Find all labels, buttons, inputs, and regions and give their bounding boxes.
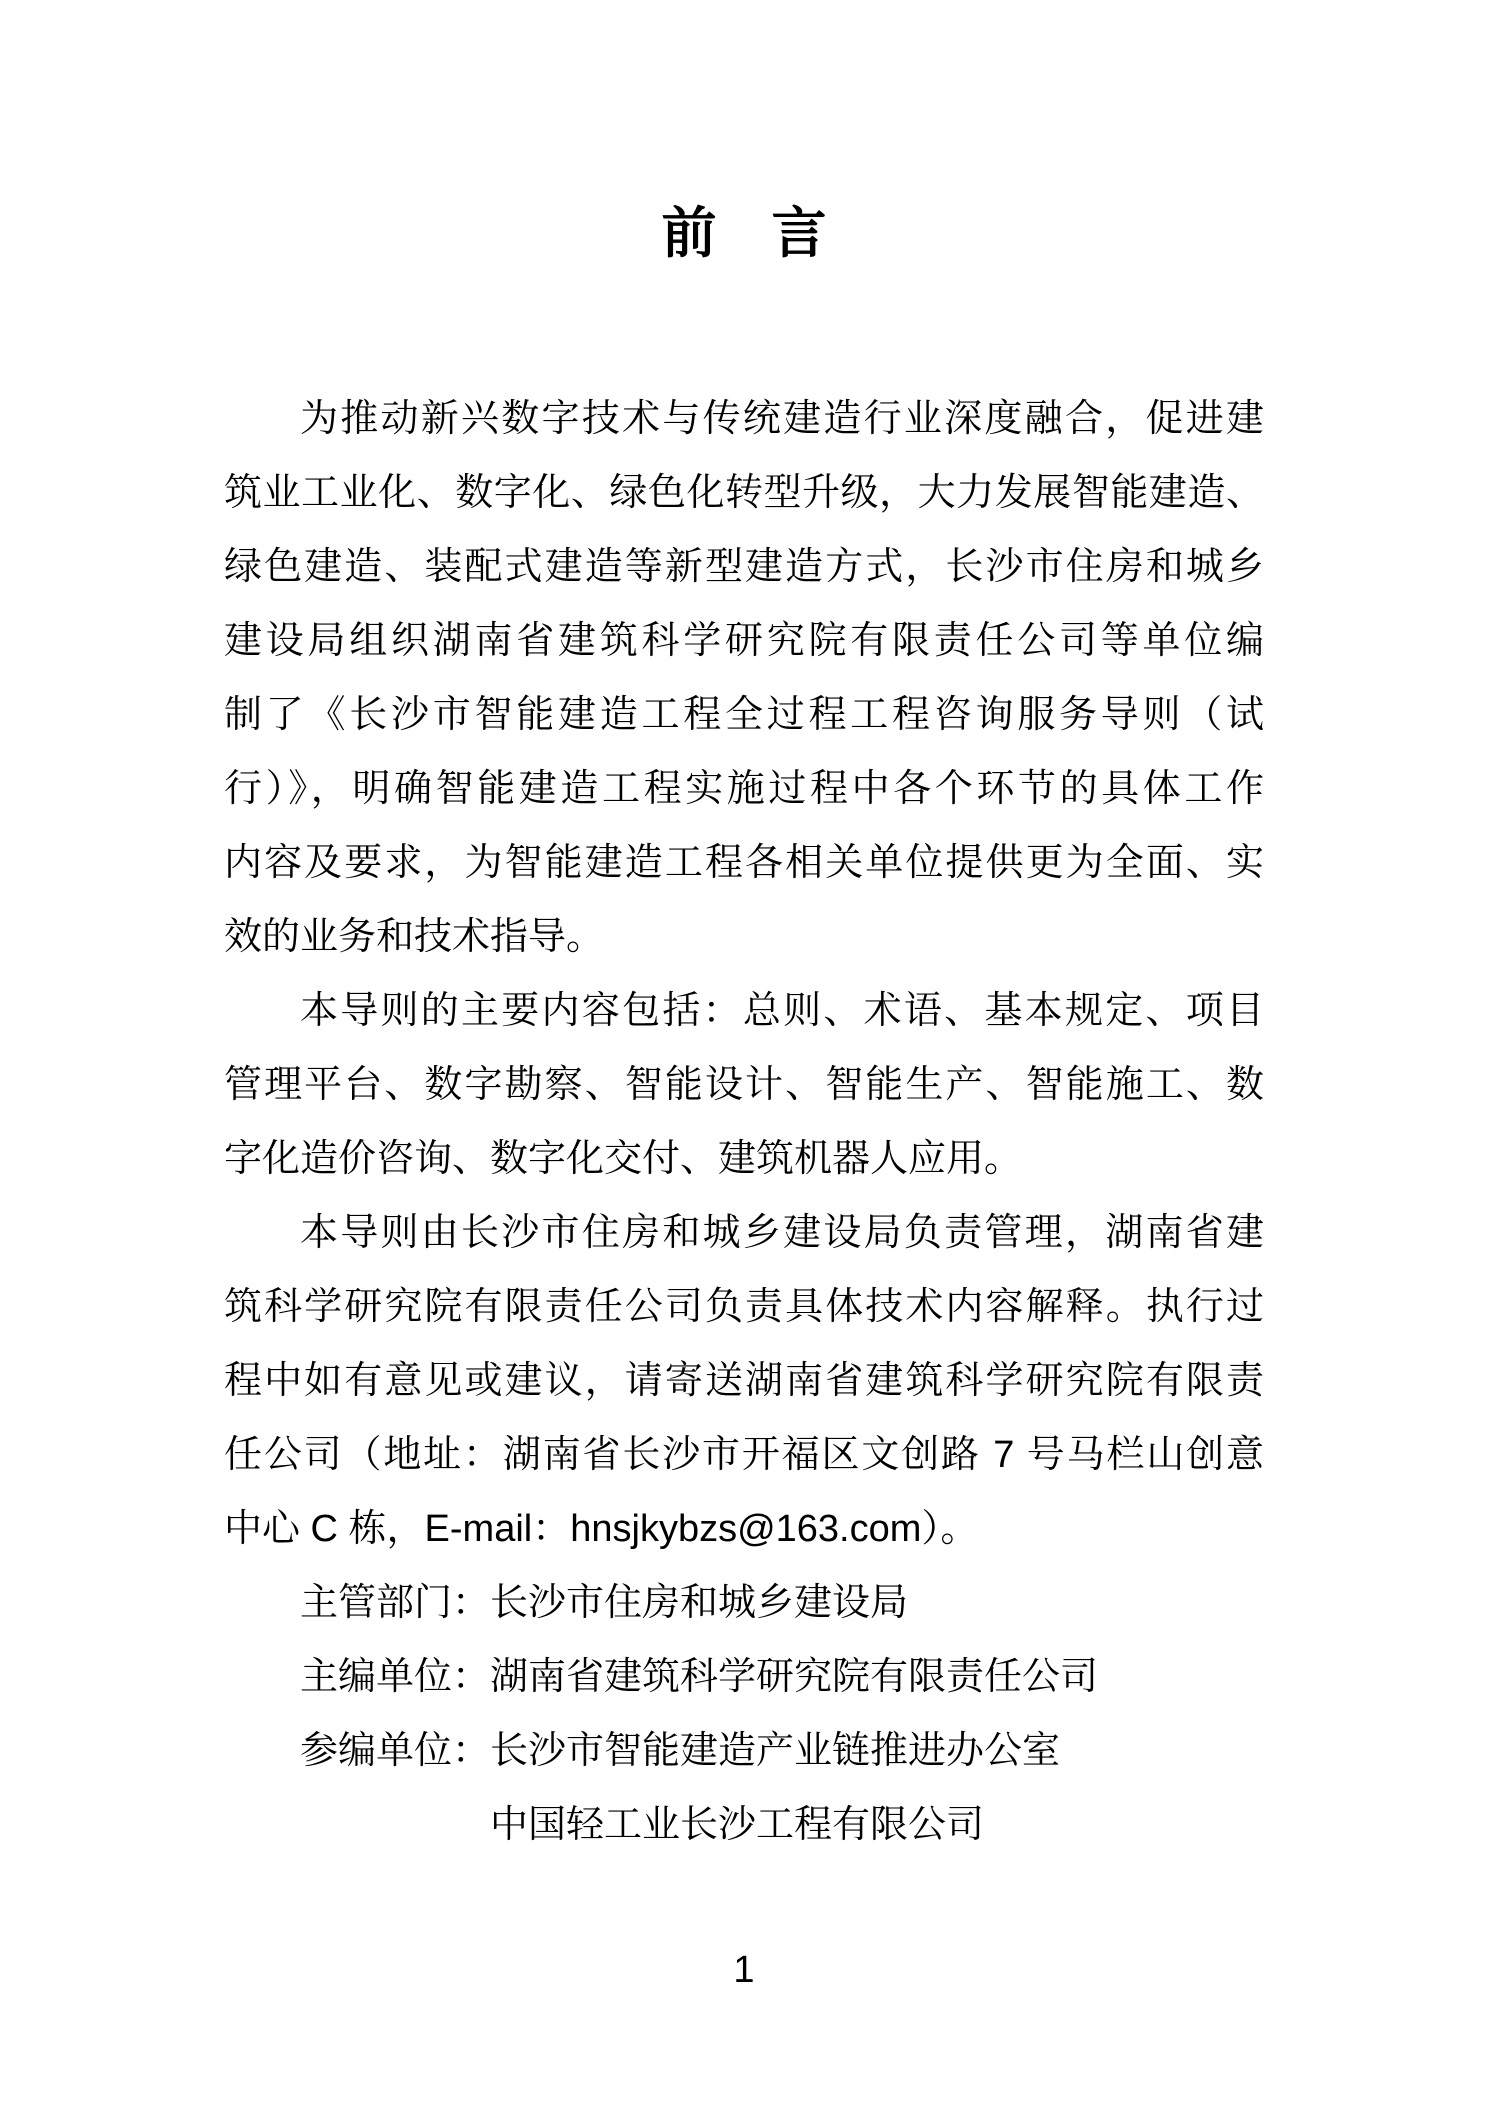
paragraph-2-line-1: 本导则的主要内容包括：总则、术语、基本规定、项目: [224, 974, 1264, 1048]
credit-co-editing-unit-2: 中国轻工业长沙工程有限公司: [224, 1788, 1264, 1862]
credits-block: 主管部门：长沙市住房和城乡建设局 主编单位：湖南省建筑科学研究院有限责任公司 参…: [224, 1566, 1264, 1862]
credit-chief-editing-unit: 主编单位：湖南省建筑科学研究院有限责任公司: [224, 1640, 1264, 1714]
credit-co-editing-unit: 参编单位：长沙市智能建造产业链推进办公室: [224, 1714, 1264, 1788]
paragraph-2-line-3: 字化造价咨询、数字化交付、建筑机器人应用。: [224, 1122, 1264, 1196]
paragraph-1-line-3: 绿色建造、装配式建造等新型建造方式，长沙市住房和城乡: [224, 530, 1264, 604]
preface-body: 为推动新兴数字技术与传统建造行业深度融合，促进建 筑业工业化、数字化、绿色化转型…: [224, 382, 1264, 1862]
paragraph-1-line-6: 行）》，明确智能建造工程实施过程中各个环节的具体工作: [224, 752, 1264, 826]
paragraph-1-line-5: 制了《长沙市智能建造工程全过程工程咨询服务导则（试: [224, 678, 1264, 752]
paragraph-1-line-8: 效的业务和技术指导。: [224, 900, 1264, 974]
paragraph-3-line-4: 任公司（地址：湖南省长沙市开福区文创路 7 号马栏山创意: [224, 1418, 1264, 1492]
paragraph-3: 本导则由长沙市住房和城乡建设局负责管理，湖南省建 筑科学研究院有限责任公司负责具…: [224, 1196, 1264, 1566]
paragraph-3-line-2: 筑科学研究院有限责任公司负责具体技术内容解释。执行过: [224, 1270, 1264, 1344]
paragraph-1-line-2: 筑业工业化、数字化、绿色化转型升级，大力发展智能建造、: [224, 456, 1264, 530]
paragraph-3-line-5: 中心 C 栋，E-mail：hnsjkybzs@163.com）。: [224, 1492, 1264, 1566]
document-page: 前 言 为推动新兴数字技术与传统建造行业深度融合，促进建 筑业工业化、数字化、绿…: [0, 0, 1488, 2104]
paragraph-2-line-2: 管理平台、数字勘察、智能设计、智能生产、智能施工、数: [224, 1048, 1264, 1122]
paragraph-2: 本导则的主要内容包括：总则、术语、基本规定、项目 管理平台、数字勘察、智能设计、…: [224, 974, 1264, 1196]
paragraph-1: 为推动新兴数字技术与传统建造行业深度融合，促进建 筑业工业化、数字化、绿色化转型…: [224, 382, 1264, 974]
page-number: 1: [0, 1946, 1488, 1994]
paragraph-3-line-3: 程中如有意见或建议，请寄送湖南省建筑科学研究院有限责: [224, 1344, 1264, 1418]
credit-supervising-department: 主管部门：长沙市住房和城乡建设局: [224, 1566, 1264, 1640]
paragraph-1-line-1: 为推动新兴数字技术与传统建造行业深度融合，促进建: [224, 382, 1264, 456]
paragraph-3-line-1: 本导则由长沙市住房和城乡建设局负责管理，湖南省建: [224, 1196, 1264, 1270]
paragraph-1-line-4: 建设局组织湖南省建筑科学研究院有限责任公司等单位编: [224, 604, 1264, 678]
paragraph-1-line-7: 内容及要求，为智能建造工程各相关单位提供更为全面、实: [224, 826, 1264, 900]
page-title: 前 言: [0, 0, 1488, 266]
